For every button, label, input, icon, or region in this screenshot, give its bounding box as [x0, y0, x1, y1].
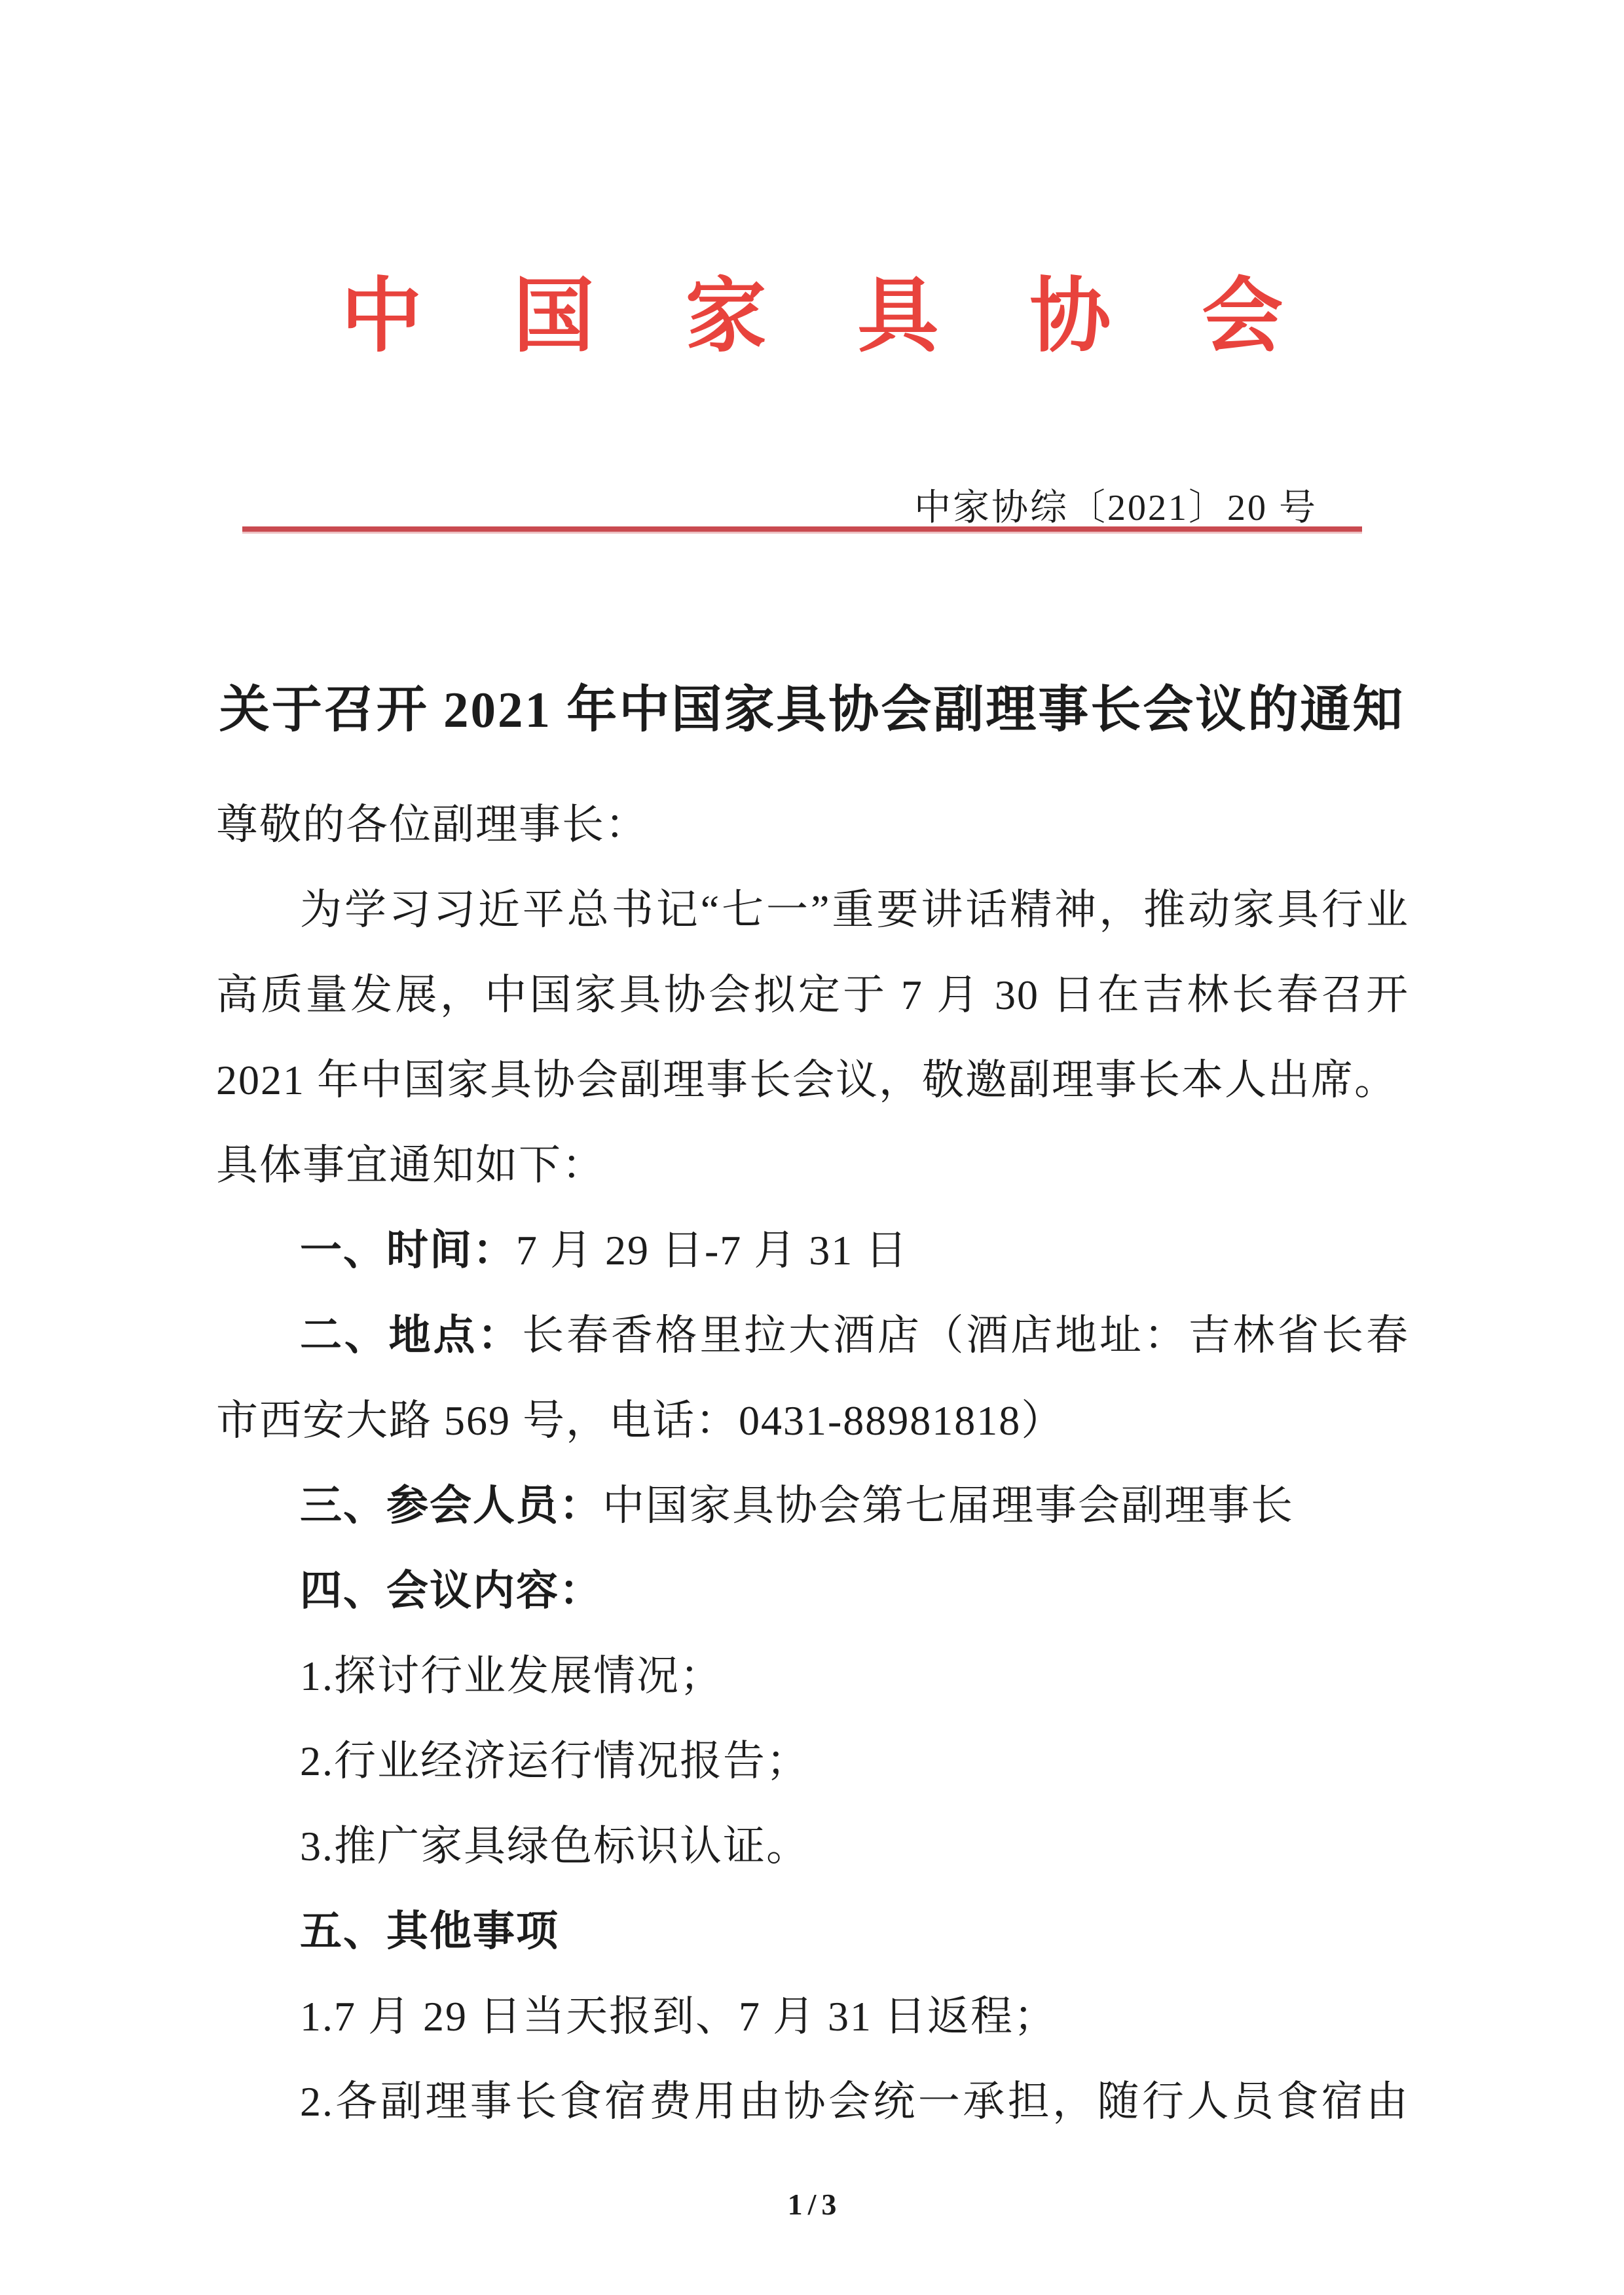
line-bold-prefix: 三、参会人员：: [300, 1482, 602, 1529]
line-text: 2.行业经济运行情况报告；: [300, 1738, 809, 1784]
line-text: 1.7 月 29 日当天报到、7 月 31 日返程；: [300, 1993, 1057, 2040]
document-line: 二、地点：长春香格里拉大酒店（酒店地址：吉林省长春: [216, 1293, 1409, 1378]
document-line: 尊敬的各位副理事长：: [216, 782, 1409, 868]
line-text: 1.探讨行业发展情况；: [300, 1653, 723, 1699]
line-text: 长春香格里拉大酒店（酒店地址：吉林省长春: [522, 1312, 1409, 1359]
line-text: 中国家具协会第七届理事会副理事长: [602, 1482, 1294, 1529]
document-line: 五、其他事项: [216, 1889, 1409, 1974]
line-text: 2021 年中国家具协会副理事长会议，敬邀副理事长本人出席。: [216, 1057, 1397, 1103]
document-line: 为学习习近平总书记“七一”重要讲话精神，推动家具行业: [216, 868, 1409, 953]
line-bold-prefix: 四、会议内容：: [300, 1568, 602, 1614]
document-line: 具体事宜通知如下：: [216, 1123, 1409, 1208]
line-text: 尊敬的各位副理事长：: [216, 801, 648, 848]
document-line: 三、参会人员：中国家具协会第七届理事会副理事长: [216, 1463, 1409, 1549]
document-line: 高质量发展，中国家具协会拟定于 7 月 30 日在吉林长春召开: [216, 953, 1409, 1038]
line-bold-prefix: 二、地点：: [300, 1312, 522, 1359]
document-line: 市西安大路 569 号，电话：0431-88981818）: [216, 1378, 1409, 1463]
line-text: 高质量发展，中国家具协会拟定于 7 月 30 日在吉林长春召开: [216, 972, 1409, 1018]
line-text: 2.各副理事长食宿费用由协会统一承担，随行人员食宿由: [300, 2078, 1409, 2125]
line-bold-prefix: 五、其他事项: [300, 1908, 559, 1955]
document-line: 1.探讨行业发展情况；: [216, 1634, 1409, 1719]
document-line: 3.推广家具绿色标识认证。: [216, 1804, 1409, 1889]
line-text: 市西安大路 569 号，电话：0431-88981818）: [216, 1397, 1064, 1444]
document-line: 2021 年中国家具协会副理事长会议，敬邀副理事长本人出席。: [216, 1038, 1409, 1123]
document-line: 2.行业经济运行情况报告；: [216, 1719, 1409, 1804]
page-number: 1/3: [788, 2188, 842, 2221]
document-line: 一、时间：7 月 29 日-7 月 31 日: [216, 1208, 1409, 1293]
page-footer: 1/3: [0, 2187, 1624, 2222]
line-text: 为学习习近平总书记“七一”重要讲话精神，推动家具行业: [300, 887, 1409, 933]
doc-number: 中家协综〔2021〕20 号: [914, 479, 1318, 531]
document-body: 尊敬的各位副理事长：为学习习近平总书记“七一”重要讲话精神，推动家具行业高质量发…: [216, 782, 1409, 2144]
line-text: 7 月 29 日-7 月 31 日: [516, 1227, 908, 1274]
document-line: 1.7 月 29 日当天报到、7 月 31 日返程；: [216, 1974, 1409, 2059]
line-bold-prefix: 一、时间：: [300, 1227, 516, 1274]
red-divider: [242, 526, 1362, 532]
page: 中国家具协会 中家协综〔2021〕20 号 关于召开 2021 年中国家具协会副…: [0, 0, 1624, 2295]
notice-title: 关于召开 2021 年中国家具协会副理事长会议的通知: [0, 669, 1624, 742]
line-text: 具体事宜通知如下：: [216, 1142, 605, 1188]
line-text: 3.推广家具绿色标识认证。: [300, 1823, 809, 1869]
document-line: 2.各副理事长食宿费用由协会统一承担，随行人员食宿由: [216, 2059, 1409, 2144]
document-line: 四、会议内容：: [216, 1549, 1409, 1634]
association-header: 中国家具协会: [0, 251, 1624, 367]
